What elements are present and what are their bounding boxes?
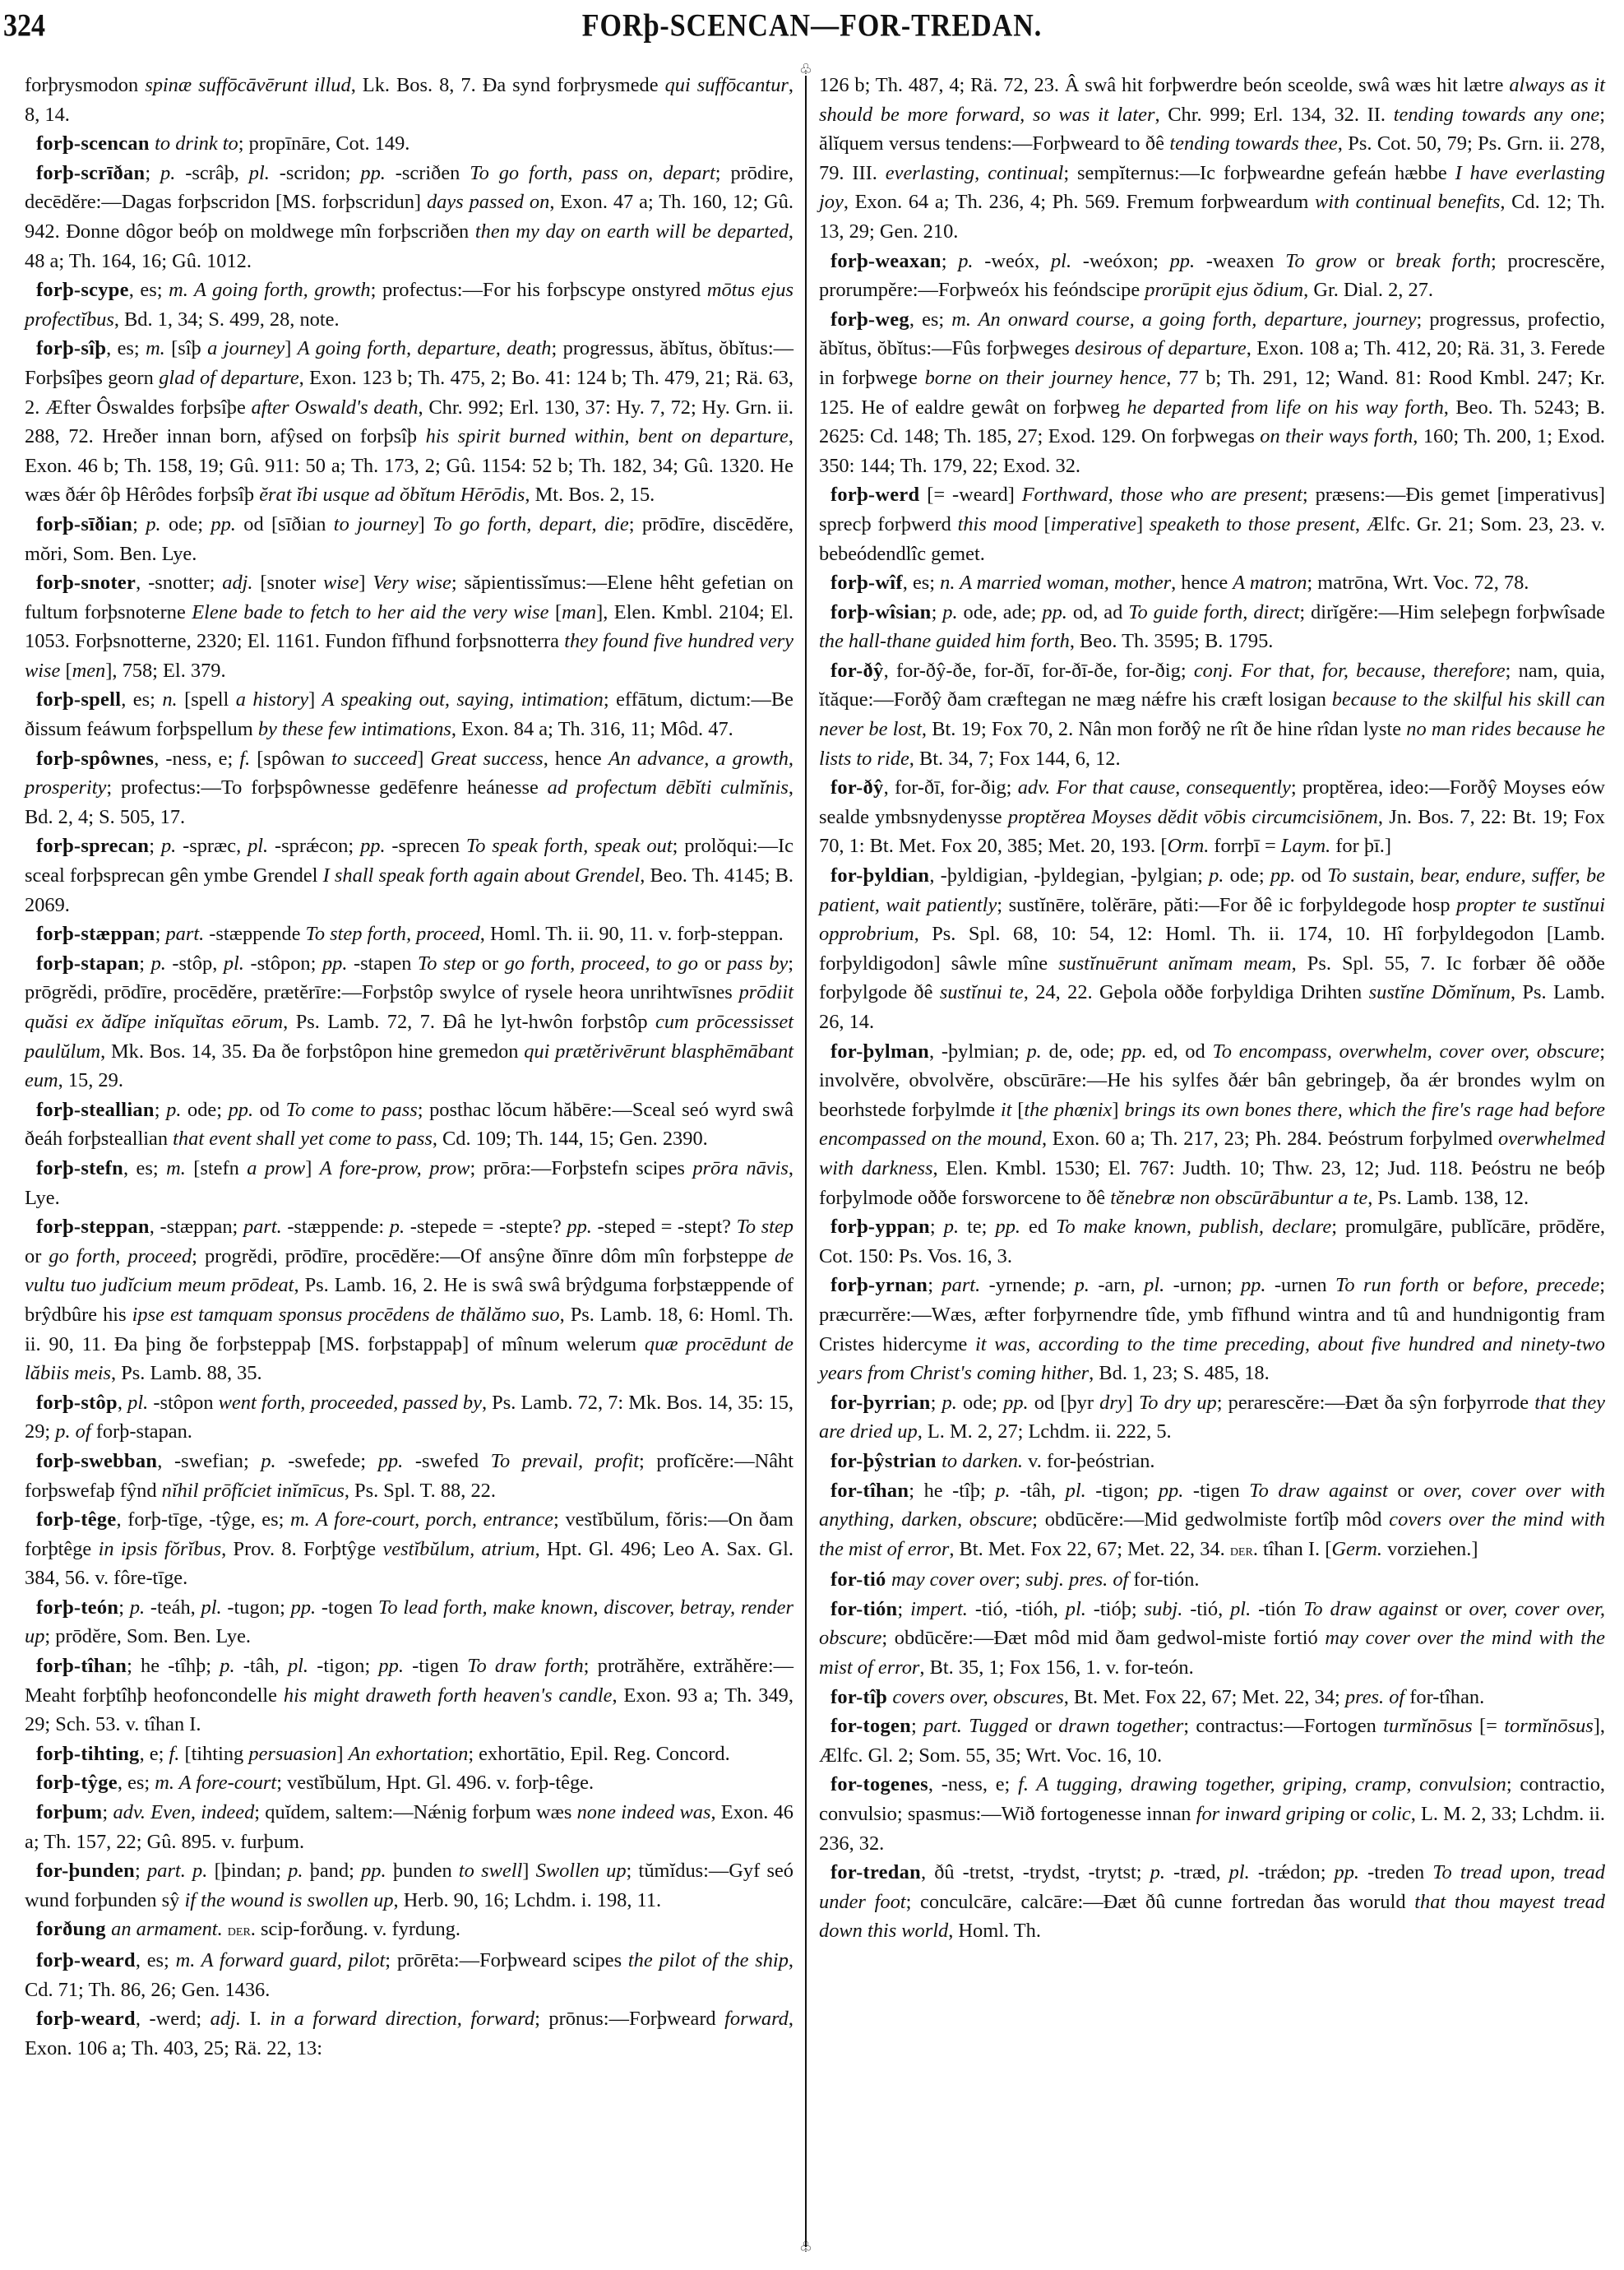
entry-text: -scridon; xyxy=(270,162,361,184)
italic-gloss: subj. xyxy=(1145,1598,1183,1620)
italic-gloss: his might draweth forth heaven's candle xyxy=(284,1684,613,1707)
entry-text: or xyxy=(1357,250,1396,272)
dictionary-entry: for-togen; part. Tugged or drawn togethe… xyxy=(819,1712,1605,1770)
italic-gloss: Elene bade to fetch to her aid the very … xyxy=(192,601,548,623)
entry-text: ; profectus:—For his forþscype onstyred xyxy=(371,279,707,301)
dictionary-entry: forþ-tŷge, es; m. A fore-court; vestĭbŭl… xyxy=(25,1768,793,1798)
headword: forþ-werd xyxy=(831,484,919,506)
dictionary-entry: forþ-stæppan; part. -stæppende To step f… xyxy=(25,920,793,949)
entry-text: od [sīðian xyxy=(236,513,334,535)
italic-gloss: p. xyxy=(161,835,176,857)
headword: for-ðŷ xyxy=(831,660,884,682)
italic-gloss: To step forth, proceed xyxy=(306,923,480,945)
dictionary-entry: forþ-snoter, -snotter; adj. [snoter wise… xyxy=(25,568,793,685)
italic-gloss: pl. xyxy=(1229,1861,1250,1883)
entry-text: ; contractus:—Fortogen xyxy=(1183,1715,1383,1737)
entry-text: 126 b; Th. 487, 4; Rä. 72, 23. Â swâ hit… xyxy=(819,74,1509,96)
italic-gloss: none indeed was xyxy=(577,1801,711,1823)
entry-text: ] xyxy=(522,1860,535,1882)
entry-text: ode; xyxy=(1224,864,1270,887)
dictionary-entry: forþum; adv. Even, indeed; quĭdem, salte… xyxy=(25,1798,793,1856)
headword: for-þunden xyxy=(36,1860,135,1882)
entry-text: ; prōrēta:—Forþweard scipes xyxy=(385,1949,628,1971)
entry-text: for-tión. xyxy=(1128,1568,1199,1591)
italic-gloss: forward xyxy=(724,2008,789,2030)
italic-gloss: man xyxy=(562,601,596,623)
italic-gloss: m. An onward course, a going forth, depa… xyxy=(951,308,1416,331)
entry-text: ode; xyxy=(161,513,211,535)
headword: forþ-weard xyxy=(36,2008,136,2030)
italic-gloss: for inward griping xyxy=(1196,1803,1345,1825)
italic-gloss: p. xyxy=(220,1655,234,1677)
italic-gloss: in a forward direction, forward xyxy=(270,2008,534,2030)
italic-gloss: pp. xyxy=(1122,1040,1147,1063)
italic-gloss: pp. xyxy=(1003,1392,1029,1414)
italic-gloss: pp. xyxy=(211,513,236,535)
dictionary-entry: forþ-wîsian; p. ode, ade; pp. od, ad To … xyxy=(819,598,1605,656)
dictionary-entry: forþ-weard, es; m. A forward guard, pilo… xyxy=(25,1946,793,2004)
headword: for-þyldian xyxy=(831,864,929,887)
entry-text: ; xyxy=(149,835,161,857)
entry-text: -urnen xyxy=(1265,1274,1335,1296)
italic-gloss: m. A fore-court xyxy=(155,1772,276,1794)
entry-text: -stepede = -stepte? xyxy=(405,1216,567,1238)
entry-text: [spôwan xyxy=(250,748,331,770)
entry-text: ; exhortātio, Epil. Reg. Concord. xyxy=(468,1743,729,1765)
italic-gloss: I shall speak forth again about Grendel xyxy=(323,864,641,887)
small-caps-label: der xyxy=(228,1921,251,1939)
dictionary-entry: forþ-sprecan; p. -spræc, pl. -sprǽcon; p… xyxy=(25,832,793,920)
italic-gloss: a prow xyxy=(247,1157,305,1179)
italic-gloss: To run forth xyxy=(1335,1274,1439,1296)
italic-gloss: pp. xyxy=(361,1860,386,1882)
italic-gloss: pp. xyxy=(1170,250,1196,272)
entry-text: ], 758; El. 379. xyxy=(105,660,225,682)
italic-gloss: f. xyxy=(239,748,250,770)
italic-gloss: desirous of departure xyxy=(1075,337,1247,359)
entry-text: -stæppende: xyxy=(282,1216,390,1238)
entry-text: , Ps. Lamb. 138, 12. xyxy=(1367,1187,1529,1209)
entry-text: ; prōdĕre, Som. Ben. Lye. xyxy=(44,1625,251,1647)
headword: forþ-wîf xyxy=(831,572,903,594)
entry-text: ; prōnus:—Forþweard xyxy=(534,2008,724,2030)
entry-text: , -þyldigian, -þyldegian, -þylgian; xyxy=(929,864,1209,887)
italic-gloss: m. A fore-court, porch, entrance xyxy=(290,1508,553,1531)
italic-gloss: To prevail, profit xyxy=(491,1450,639,1472)
entry-text: , forþ-tīge, -tŷge, es; xyxy=(117,1508,291,1531)
italic-gloss: p. xyxy=(1026,1040,1041,1063)
entry-text: or xyxy=(1345,1803,1372,1825)
entry-text: , hence xyxy=(544,748,608,770)
entry-text: -tâh, xyxy=(1011,1480,1066,1502)
headword: for-tîhan xyxy=(831,1480,909,1502)
headword: forþ-snoter xyxy=(36,572,136,594)
entry-text: -stæppende xyxy=(204,923,305,945)
entry-text: forþrysmodon xyxy=(25,74,145,96)
italic-gloss: p. xyxy=(151,952,166,975)
entry-text: , Bt. Met. Fox 22, 67; Met. 22, 34. xyxy=(949,1538,1229,1560)
italic-gloss: n. A married woman, mother xyxy=(940,572,1171,594)
entry-text: ; xyxy=(118,1596,130,1619)
italic-gloss: persuasion xyxy=(248,1743,336,1765)
italic-gloss: tormĭnōsus xyxy=(1504,1715,1593,1737)
headword: forþ-tihting xyxy=(36,1743,140,1765)
entry-text: -stapen xyxy=(347,952,418,975)
entry-text: -treden xyxy=(1359,1861,1432,1883)
entry-text: ] xyxy=(417,748,430,770)
entry-text: [snoter xyxy=(253,572,323,594)
italic-gloss: To come to pass xyxy=(286,1099,418,1121)
entry-text: ; xyxy=(139,952,150,975)
page-header: 324 FORþ-SCENCAN—FOR-TREDAN. xyxy=(0,5,1624,54)
headword: forþ-tŷge xyxy=(36,1772,118,1794)
italic-gloss: qui suffōcantur xyxy=(665,74,789,96)
italic-gloss: pp. xyxy=(229,1099,254,1121)
headword: forþ-scrīðan xyxy=(36,162,145,184)
entry-text: , Bt. 34, 7; Fox 144, 6, 12. xyxy=(909,748,1121,770)
entry-text: vorziehen.] xyxy=(1382,1538,1478,1560)
entry-text: od, ad xyxy=(1067,601,1128,623)
column-ornament-bottom-icon: ♧ xyxy=(798,2239,814,2255)
entry-text: , hence xyxy=(1171,572,1233,594)
entry-text: ; xyxy=(897,1598,910,1620)
italic-gloss: sustĭne Dŏmĭnum xyxy=(1369,981,1511,1003)
entry-text: [þindan; xyxy=(207,1860,288,1882)
headword: for-þyrrian xyxy=(831,1392,931,1414)
entry-text: -tióþ; xyxy=(1086,1598,1145,1620)
italic-gloss: pl. xyxy=(1230,1598,1251,1620)
dictionary-entry: forþ-werd [= -weard] Forthward, those wh… xyxy=(819,480,1605,568)
italic-gloss: A speaking out, saying, intimation xyxy=(322,688,604,711)
entry-text: , -þylmian; xyxy=(929,1040,1026,1063)
entry-text: [ xyxy=(549,601,562,623)
italic-gloss: p. xyxy=(160,162,175,184)
entry-text: ; progrĕdi, prōdīre, procēdĕre:—Of ansŷn… xyxy=(192,1245,775,1267)
italic-gloss: p. xyxy=(944,1216,959,1238)
italic-gloss: p. of xyxy=(55,1420,90,1443)
italic-gloss: ĕrat ĭbi usque ad ŏbĭtum Hērōdis xyxy=(259,484,525,506)
dictionary-entry: forþ-sīðian; p. ode; pp. od [sīðian to j… xyxy=(25,510,793,568)
italic-gloss: An exhortation xyxy=(349,1743,469,1765)
italic-gloss: pl. xyxy=(1066,1480,1086,1502)
headword: forþ-spell xyxy=(36,688,121,711)
entry-text: , -swefian; xyxy=(157,1450,261,1472)
entry-text: ; prōra:—Forþstefn scipes xyxy=(470,1157,692,1179)
entry-text: or xyxy=(475,952,504,975)
entry-text: , Prov. 8. Forþtŷge xyxy=(221,1538,382,1560)
dictionary-entry: for-ðŷ, for-ðŷ-ðe, for-ðī, for-ðī-ðe, fo… xyxy=(819,656,1605,773)
italic-gloss: to succeed xyxy=(331,748,417,770)
italic-gloss: To draw against xyxy=(1303,1598,1437,1620)
dictionary-entry: forþ-steallian; p. ode; pp. od To come t… xyxy=(25,1096,793,1154)
entry-text: , es; xyxy=(136,1949,176,1971)
italic-gloss: may cover over xyxy=(891,1568,1015,1591)
headword: for-tión xyxy=(831,1598,897,1620)
entry-text: ; xyxy=(930,1216,944,1238)
italic-gloss: To dry up xyxy=(1139,1392,1217,1414)
italic-gloss: To go forth, depart, die xyxy=(433,513,629,535)
dictionary-entry: for-tredan, ðû -tretst, -trydst, -trytst… xyxy=(819,1858,1605,1946)
entry-text: , es; xyxy=(123,1157,166,1179)
entry-text: , Lk. Bos. 8, 7. Ða synd forþrysmede xyxy=(351,74,665,96)
entry-text: , ðû -tretst, -trydst, -trytst; xyxy=(921,1861,1150,1883)
italic-gloss: To grow xyxy=(1285,250,1356,272)
entry-text: ; perarescĕre:—Ðæt ða sŷn forþyrrode xyxy=(1217,1392,1535,1414)
entry-text: ] xyxy=(1112,1099,1124,1121)
dictionary-entry: for-ðŷ, for-ðī, for-ðig; adv. For that c… xyxy=(819,773,1605,861)
dictionary-entry: forþ-teón; p. -teáh, pl. -tugon; pp. -to… xyxy=(25,1593,793,1652)
headword: forþ-stapan xyxy=(36,952,139,975)
entry-text: , Exon. 60 a; Th. 217, 23; Ph. 284. Þeós… xyxy=(1042,1128,1498,1150)
italic-gloss: pass by xyxy=(727,952,788,975)
italic-gloss: pp. xyxy=(360,835,386,857)
entry-text: or xyxy=(25,1245,49,1267)
entry-text: for þī.] xyxy=(1330,835,1391,857)
italic-gloss: pp. xyxy=(360,162,386,184)
headword: forþ-stefn xyxy=(36,1157,123,1179)
italic-gloss: before, precede xyxy=(1473,1274,1599,1296)
entry-text: ed xyxy=(1020,1216,1056,1238)
entry-text: -swefed xyxy=(403,1450,490,1472)
italic-gloss: pp. xyxy=(1270,864,1296,887)
italic-gloss: an armament. xyxy=(111,1918,223,1940)
italic-gloss: Very wise xyxy=(372,572,451,594)
italic-gloss: nĭhil prōfĭciet inĭmīcus xyxy=(162,1480,345,1502)
entry-text: te; xyxy=(959,1216,995,1238)
dictionary-entry: forþ-weard, -werd; adj. I. in a forward … xyxy=(25,2004,793,2063)
entry-text: ] xyxy=(359,572,372,594)
headword: forþ-scencan xyxy=(36,132,155,155)
entry-text: ; matrōna, Wrt. Voc. 72, 78. xyxy=(1307,572,1529,594)
entry-text: de, ode; xyxy=(1042,1040,1122,1063)
entry-text: ; dirĭgĕre:—Him seleþegn forþwîsade xyxy=(1299,601,1605,623)
entry-text: -teáh, xyxy=(145,1596,201,1619)
headword: for-togenes xyxy=(831,1773,928,1795)
headword: forþ-steallian xyxy=(36,1099,155,1121)
dictionary-entry: for-togenes, -ness, e; f. A tugging, dra… xyxy=(819,1770,1605,1858)
italic-gloss: days passed on xyxy=(427,191,549,213)
italic-gloss: To encompass, overwhelm, cover over, obs… xyxy=(1212,1040,1599,1063)
dictionary-entry: for-tió may cover over; subj. pres. of f… xyxy=(819,1565,1605,1595)
entry-text: -tâh, xyxy=(235,1655,288,1677)
italic-gloss: m. A forward guard, pilot xyxy=(176,1949,386,1971)
entry-text: ; xyxy=(932,601,943,623)
italic-gloss: p. xyxy=(390,1216,405,1238)
dictionary-entry: for-þunden; part. p. [þindan; p. þand; p… xyxy=(25,1856,793,1915)
italic-gloss: to darken. xyxy=(942,1450,1023,1472)
italic-gloss: tending towards thee xyxy=(1169,132,1337,155)
entry-text: ode; xyxy=(181,1099,228,1121)
dictionary-entry: for-tîhan; he -tîþ; p. -tâh, pl. -tigon;… xyxy=(819,1476,1605,1566)
entry-text: [ xyxy=(1038,513,1051,535)
entry-text: , 15, 29. xyxy=(58,1069,123,1091)
italic-gloss: p. xyxy=(130,1596,145,1619)
entry-text: -tigen xyxy=(404,1655,467,1677)
italic-gloss: on their ways forth xyxy=(1260,425,1413,447)
entry-text: ] xyxy=(305,1157,320,1179)
italic-gloss: m. xyxy=(146,337,165,359)
entry-text: [tihting xyxy=(179,1743,248,1765)
headword: forþ-steppan xyxy=(36,1216,150,1238)
entry-continuation: forþrysmodon spinæ suffōcāvērunt illud, … xyxy=(25,71,793,129)
italic-gloss: to journey xyxy=(334,513,419,535)
italic-gloss: go forth, proceed xyxy=(49,1245,192,1267)
dictionary-entry: for-þyldian, -þyldigian, -þyldegian, -þy… xyxy=(819,861,1605,1037)
italic-gloss: pp. xyxy=(291,1596,317,1619)
entry-text: or xyxy=(698,952,727,975)
entry-text: for-tîhan. xyxy=(1404,1686,1484,1708)
entry-text: , es; xyxy=(106,337,146,359)
headword: for-tió xyxy=(831,1568,891,1591)
entry-text: ed, od xyxy=(1147,1040,1213,1063)
entry-text: or xyxy=(1437,1598,1469,1620)
italic-gloss: after Oswald's death xyxy=(252,396,419,419)
entry-text: -stôp, xyxy=(166,952,224,975)
italic-gloss: ad profectum dēbĭti culmĭnis xyxy=(548,776,789,799)
italic-gloss: his spirit burned within, bent on depart… xyxy=(426,425,789,447)
entry-text: -swefede; xyxy=(276,1450,378,1472)
page-title: FORþ-SCENCAN—FOR-TREDAN. xyxy=(0,8,1624,44)
italic-gloss: prorūpit ejus ŏdium xyxy=(1145,279,1303,301)
italic-gloss: Swollen up xyxy=(536,1860,627,1882)
dictionary-entry: for-þyrrian; p. ode; pp. od [þyr dry] To… xyxy=(819,1388,1605,1447)
dictionary-entry: forþ-scype, es; m. A going forth, growth… xyxy=(25,276,793,334)
italic-gloss: borne on their journey hence xyxy=(925,367,1167,389)
entry-text: þunden xyxy=(386,1860,459,1882)
entry-text: -tigen xyxy=(1183,1480,1249,1502)
italic-gloss: pl. xyxy=(288,1655,308,1677)
entry-text: -stôpon; xyxy=(244,952,322,975)
entry-text: ode, ade; xyxy=(958,601,1043,623)
entry-text: ; profectus:—To forþspôwnesse gedēfenre … xyxy=(106,776,547,799)
entry-text: -tió, xyxy=(1182,1598,1230,1620)
entry-text: , Bd. 1, 23; S. 485, 18. xyxy=(1089,1362,1270,1384)
entry-text: , es; xyxy=(118,1772,155,1794)
italic-gloss: pl. xyxy=(1144,1274,1164,1296)
headword: forþ-stæppan xyxy=(36,923,155,945)
italic-gloss: imperative xyxy=(1051,513,1136,535)
italic-gloss: colic xyxy=(1372,1803,1410,1825)
italic-gloss: men xyxy=(72,660,106,682)
headword: forþ-spôwnes xyxy=(36,748,154,770)
italic-gloss: that event shall yet come to pass xyxy=(173,1128,433,1150)
italic-gloss: turmĭnōsus xyxy=(1383,1715,1472,1737)
italic-gloss: p. xyxy=(1150,1861,1165,1883)
dictionary-entry: forþ-tihting, e; f. [tihting persuasion]… xyxy=(25,1740,793,1769)
entry-text: ; he -tîþ; xyxy=(909,1480,995,1502)
entry-text: -yrnende; xyxy=(980,1274,1074,1296)
italic-gloss: part. p. xyxy=(147,1860,207,1882)
italic-gloss: by these few intimations xyxy=(258,718,451,740)
headword: forþ-weaxan xyxy=(831,250,942,272)
entry-text: , Gr. Dial. 2, 27. xyxy=(1303,279,1433,301)
entry-text: -tugon; xyxy=(222,1596,291,1619)
italic-gloss: glad of departure xyxy=(159,367,298,389)
entry-text: -tión xyxy=(1251,1598,1303,1620)
entry-text: þand; xyxy=(303,1860,361,1882)
entry-text: [ xyxy=(60,660,72,682)
entry-text: -træd, xyxy=(1165,1861,1229,1883)
entry-text: ; sustĭnēre, tolĕrāre, păti:—For ðê ic f… xyxy=(997,894,1456,916)
italic-gloss: pl. xyxy=(201,1596,222,1619)
italic-gloss: he departed from life on his way forth xyxy=(1127,396,1444,419)
dictionary-entry: for-tión; impert. -tió, -tióh, pl. -tióþ… xyxy=(819,1595,1605,1683)
entry-text: ; sempĭternus:—Ic forþweardne gefeán hæb… xyxy=(1063,162,1455,184)
italic-gloss: pp. xyxy=(996,1216,1021,1238)
italic-gloss: To guide forth, direct xyxy=(1128,601,1299,623)
entry-text: -togen xyxy=(316,1596,378,1619)
italic-gloss: pl. xyxy=(1051,250,1071,272)
italic-gloss: a journey xyxy=(207,337,285,359)
italic-gloss: pl. xyxy=(127,1392,148,1414)
dictionary-entry: forþ-scrīðan; p. -scrâþ, pl. -scridon; p… xyxy=(25,159,793,276)
entry-text: forþ-stapan. xyxy=(91,1420,192,1443)
italic-gloss: m. A going forth, growth xyxy=(169,279,370,301)
entry-text: ; conculcāre, calcāre:—Ðæt ðû cunne fort… xyxy=(906,1891,1415,1913)
entry-text: , Mt. Bos. 2, 15. xyxy=(525,484,655,506)
entry-text: ; vestĭbŭlum, Hpt. Gl. 496. v. forþ-têge… xyxy=(276,1772,594,1794)
headword: for-þylman xyxy=(831,1040,929,1063)
italic-gloss: the hall-thane guided him forth xyxy=(819,630,1070,652)
italic-gloss: if the wound is swollen up xyxy=(184,1889,393,1911)
entry-text: , Bd. 1, 34; S. 499, 28, note. xyxy=(114,308,340,331)
italic-gloss: f. A tugging, drawing together, griping,… xyxy=(1018,1773,1506,1795)
entry-text: -urnon; xyxy=(1164,1274,1241,1296)
dictionary-entry: forþ-têge, forþ-tīge, -tŷge, es; m. A fo… xyxy=(25,1505,793,1593)
entry-text: , for-ðŷ-ðe, for-ðī, for-ðī-ðe, for-ðig; xyxy=(884,660,1194,682)
italic-gloss: m. xyxy=(166,1157,186,1179)
entry-text: , es; xyxy=(121,688,162,711)
entry-text: [spell xyxy=(178,688,236,711)
entry-text: , Bt. 35, 1; Fox 156, 1. v. for-teón. xyxy=(919,1656,1193,1679)
italic-gloss: To speak forth, speak out xyxy=(466,835,673,857)
entry-text: ] xyxy=(308,688,322,711)
italic-gloss: pp. xyxy=(1159,1480,1184,1502)
headword: forþ-sprecan xyxy=(36,835,149,857)
entry-text: -scriðen xyxy=(386,162,470,184)
entry-text: ; xyxy=(145,162,160,184)
italic-gloss: pl. xyxy=(248,835,268,857)
entry-text: -weóxon; xyxy=(1071,250,1170,272)
entry-text: , es; xyxy=(909,308,951,331)
italic-gloss: break forth xyxy=(1395,250,1491,272)
dictionary-entry: forþ-tîhan; he -tîhþ; p. -tâh, pl. -tigo… xyxy=(25,1652,793,1740)
column-ornament-top-icon: ♧ xyxy=(798,61,814,77)
italic-gloss: the pilot of the ship xyxy=(628,1949,789,1971)
dictionary-entry: for-þylman, -þylmian; p. de, ode; pp. ed… xyxy=(819,1037,1605,1213)
italic-gloss: covers over, obscures xyxy=(892,1686,1063,1708)
entry-text: I. xyxy=(241,2008,270,2030)
headword: forþ-têge xyxy=(36,1508,117,1531)
italic-gloss: To draw against xyxy=(1249,1480,1388,1502)
headword: forþ-weg xyxy=(831,308,909,331)
entry-text: ; xyxy=(942,250,958,272)
entry-text: or xyxy=(1439,1274,1473,1296)
entry-text: ; xyxy=(911,1715,923,1737)
entry-text: -steped = -stept? xyxy=(592,1216,737,1238)
entry-text: -weaxen xyxy=(1195,250,1285,272)
italic-gloss: A going forth, departure, death xyxy=(298,337,552,359)
italic-gloss: pl. xyxy=(224,952,244,975)
italic-gloss: wise xyxy=(323,572,359,594)
dictionary-entry: for-tîþ covers over, obscures, Bt. Met. … xyxy=(819,1683,1605,1712)
entry-text: -trǽdon; xyxy=(1250,1861,1335,1883)
entry-text: -tió, -tióh, xyxy=(968,1598,1066,1620)
italic-gloss: then my day on earth will be departed xyxy=(475,220,789,243)
column-divider xyxy=(805,76,807,2247)
italic-gloss: p. xyxy=(261,1450,275,1472)
entry-text: ; obdūcĕre:—Ðæt môd mid ðam gedwol-miste… xyxy=(881,1627,1325,1649)
